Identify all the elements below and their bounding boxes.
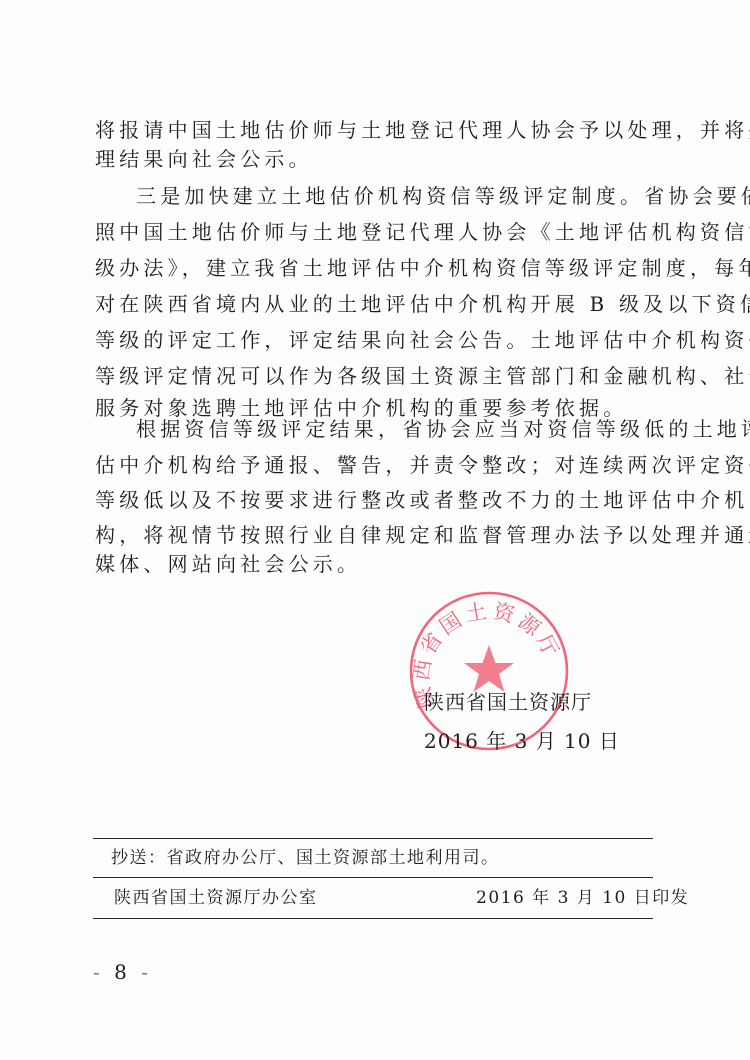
print-date: 2016 年 3 月 10 日印发 — [476, 887, 689, 909]
body-line: 照中国土地估价师与土地登记代理人协会《土地评估机构资信评 — [95, 219, 655, 245]
body-line: 媒体、网站向社会公示。 — [95, 551, 655, 577]
body-line: 等级评定情况可以作为各级国土资源主管部门和金融机构、社会 — [95, 363, 655, 389]
body-line: 三是加快建立土地估价机构资信等级评定制度。省协会要依 — [136, 183, 696, 209]
cc-line: 抄送：省政府办公厅、国土资源部土地利用司。 — [111, 847, 500, 869]
footer-rule-middle — [93, 877, 653, 878]
body-line: 估中介机构给予通报、警告，并责令整改；对连续两次评定资信 — [95, 452, 655, 478]
document-page: 将报请中国土地估价师与土地登记代理人协会予以处理，并将处 理结果向社会公示。 三… — [0, 0, 750, 1060]
issue-date: 2016 年 3 月 10 日 — [424, 728, 620, 754]
body-line: 将报请中国土地估价师与土地登记代理人协会予以处理，并将处 — [95, 117, 655, 143]
page-number-dash: - — [93, 960, 104, 984]
issuer-name: 陕西省国土资源厅 — [424, 689, 592, 715]
body-line: 等级低以及不按要求进行整改或者整改不力的土地评估中介机 — [95, 487, 655, 513]
footer-rule-top — [93, 838, 653, 839]
body-line: 级办法》，建立我省土地评估中介机构资信等级评定制度，每年 — [95, 255, 655, 281]
body-line: 对在陕西省境内从业的土地评估中介机构开展 B 级及以下资信 — [95, 291, 655, 317]
cc-label: 抄送： — [111, 848, 167, 868]
body-line: 理结果向社会公示。 — [95, 146, 655, 172]
cc-recipients: 省政府办公厅、国土资源部土地利用司。 — [167, 848, 500, 868]
body-line: 根据资信等级评定结果，省协会应当对资信等级低的土地评 — [136, 416, 696, 442]
body-line: 等级的评定工作，评定结果向社会公告。土地评估中介机构资信 — [95, 327, 655, 353]
star-icon — [464, 645, 514, 692]
footer-rule-bottom — [93, 918, 653, 919]
page-number-value: 8 — [114, 960, 131, 984]
page-number: - 8 - — [93, 960, 152, 984]
page-number-dash: - — [141, 960, 152, 984]
issuing-office: 陕西省国土资源厅办公室 — [114, 887, 318, 909]
body-line: 构，将视情节按照行业自律规定和监督管理办法予以处理并通过 — [95, 522, 655, 548]
